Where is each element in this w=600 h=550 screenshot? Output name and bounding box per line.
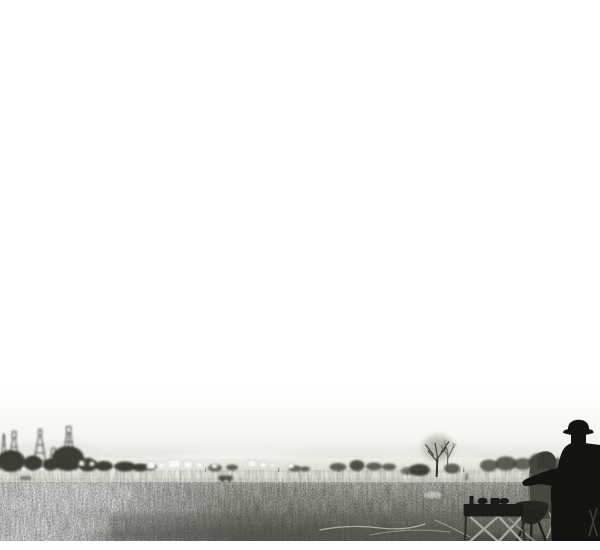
photo-white-margin (0, 541, 600, 550)
pipe-rack (77, 459, 92, 465)
table-top (464, 504, 524, 517)
photo-canvas (0, 0, 600, 550)
photograph: Flat prairie field under a blown-out whi… (0, 0, 600, 550)
